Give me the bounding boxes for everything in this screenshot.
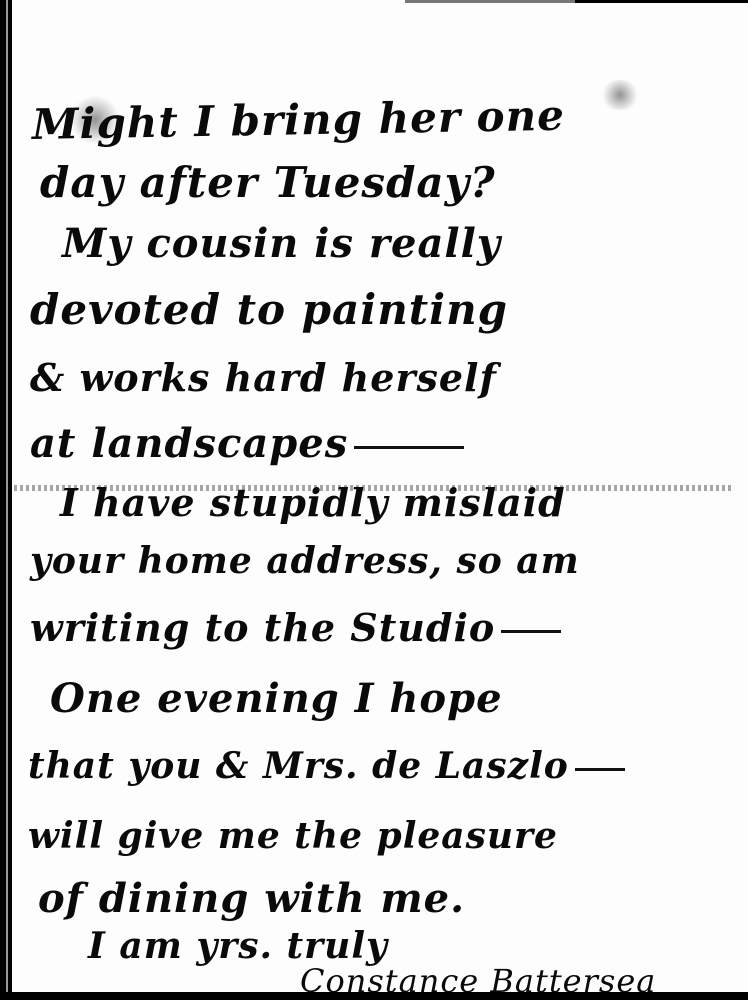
letter-line: I am yrs. truly: [88, 925, 388, 967]
letter-page: Might I bring her oneday after Tuesday?M…: [0, 0, 748, 1000]
letter-line: One evening I hope: [50, 675, 503, 722]
scan-border-top-fade: [405, 0, 575, 3]
letter-line: that you & Mrs. de Laszlo: [28, 745, 625, 787]
signature: Constance Battersea: [300, 962, 656, 1000]
letter-line: My cousin is really: [62, 220, 501, 267]
letter-line: day after Tuesday?: [40, 158, 496, 207]
letter-line: Might I bring her one: [32, 91, 566, 149]
pen-dash: [575, 768, 625, 771]
letter-line: writing to the Studio: [30, 605, 561, 650]
letter-line: your home address, so am: [30, 540, 580, 582]
letter-line: devoted to painting: [30, 285, 508, 334]
letter-line: I have stupidly mislaid: [60, 480, 566, 525]
pen-dash: [501, 630, 561, 633]
letter-line: of dining with me.: [38, 875, 465, 922]
letter-line: will give me the pleasure: [28, 815, 558, 857]
letter-line: & works hard herself: [30, 355, 497, 400]
pen-dash: [354, 446, 464, 449]
scan-border-left-highlight: [6, 0, 8, 1000]
ink-smudge: [600, 80, 640, 110]
letter-line: at landscapes: [30, 420, 464, 467]
